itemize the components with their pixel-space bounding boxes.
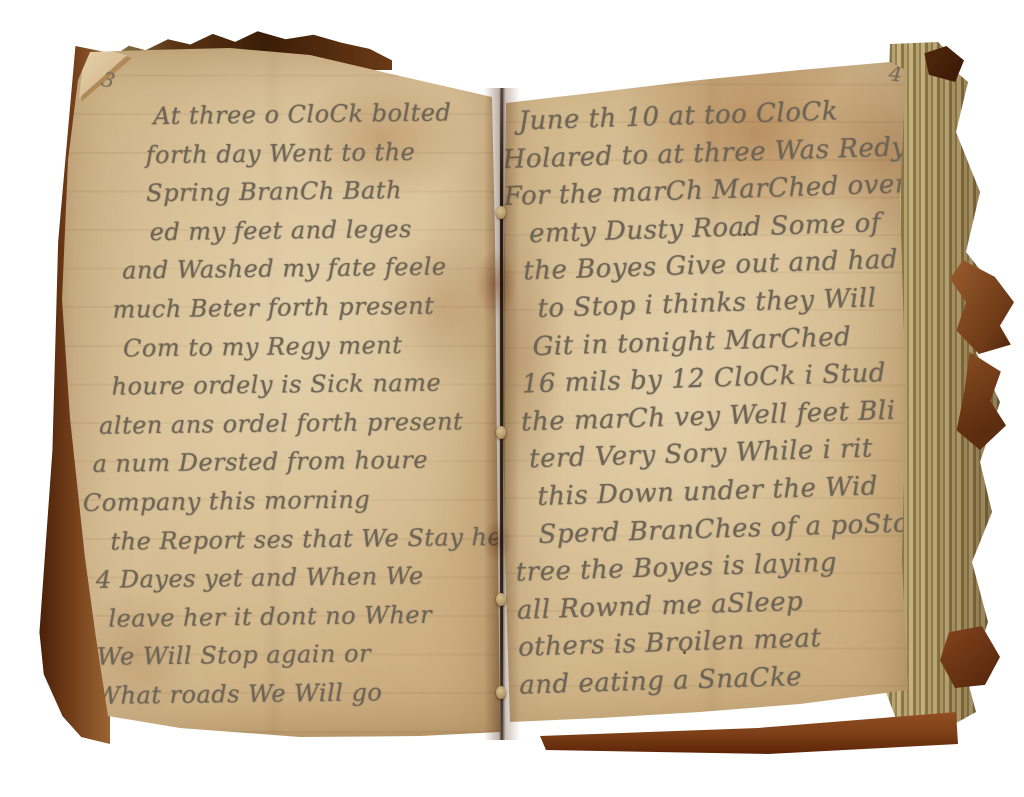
handwriting-line: At three o CloCk bolted: [78, 93, 486, 137]
right-page: 4 June th 10 at too CloCk Holared to at …: [493, 48, 913, 736]
photo-background: 3 At three o CloCk bolted forth day Went…: [0, 0, 1024, 797]
handwriting-line: houre ordely is Sick name: [81, 363, 489, 407]
handwriting-line: ed my feet and leges: [79, 209, 487, 253]
handwriting-line: leave her it dont no Wher: [84, 595, 492, 639]
handwriting-line: much Beter forth present: [80, 286, 488, 330]
handwriting-block-right: June th 10 at too CloCk Holared to at th…: [501, 91, 924, 705]
handwriting-line: We Will Stop again or: [85, 633, 493, 677]
handwriting-line: alten ans ordel forth present: [82, 402, 490, 446]
handwriting-line: 4 Dayes yet and When We: [84, 556, 492, 600]
handwriting-line: a num Dersted from houre: [82, 440, 490, 484]
handwriting-line: the Report ses that We Stay her: [83, 518, 491, 562]
handwriting-block-left: At three o CloCk bolted forth day Went t…: [78, 93, 494, 715]
left-page: 3 At three o CloCk bolted forth day Went…: [58, 38, 502, 740]
handwriting-line: forth day Went to the: [78, 132, 486, 176]
handwriting-line: Spring BranCh Bath: [79, 170, 487, 214]
handwriting-line: Company this morning: [83, 479, 491, 523]
handwriting-line: Com to my Regy ment: [81, 325, 489, 369]
handwriting-line: What roads We Will go: [85, 672, 493, 716]
handwriting-line: and Washed my fate feele: [80, 247, 488, 291]
